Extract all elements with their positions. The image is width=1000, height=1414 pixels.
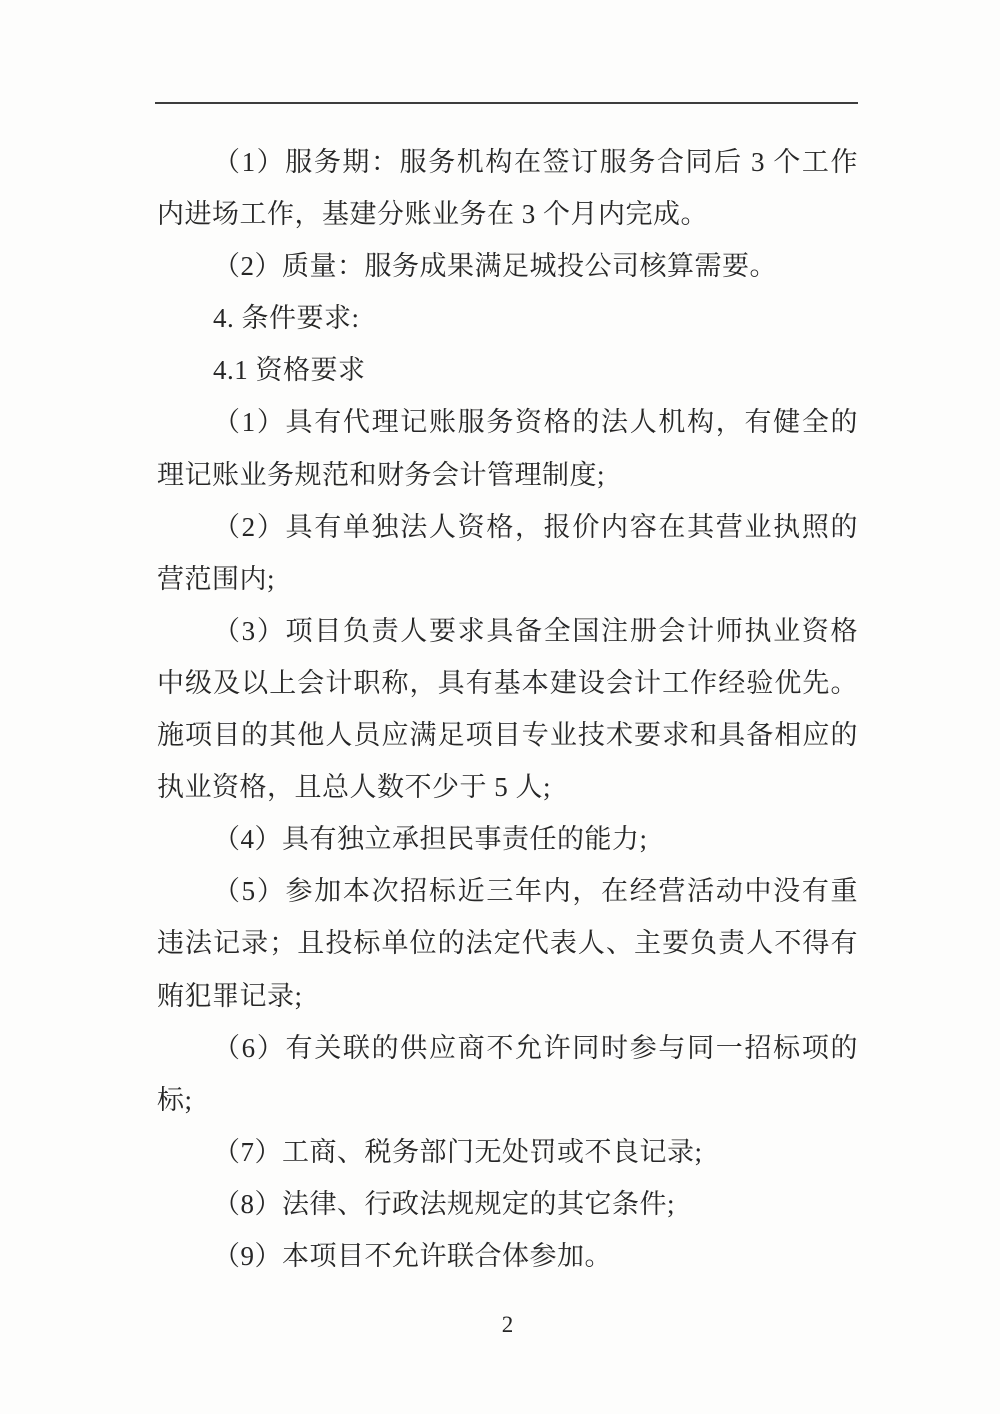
text-line: 执业资格，且总人数不少于 5 人; — [157, 761, 858, 813]
text-line: （9）本项目不允许联合体参加。 — [157, 1230, 858, 1282]
document-body: （1）服务期：服务机构在签订服务合同后 3 个工作日内进场工作，基建分账业务在 … — [157, 136, 858, 1282]
text-line: 施项目的其他人员应满足项目专业技术要求和具备相应的 — [157, 709, 858, 761]
text-line: 中级及以上会计职称，具有基本建设会计工作经验优先。实 — [157, 657, 858, 709]
text-line: 贿犯罪记录; — [157, 970, 858, 1022]
text-line: 理记账业务规范和财务会计管理制度; — [157, 449, 858, 501]
text-line: （6）有关联的供应商不允许同时参与同一招标项的投 — [157, 1022, 858, 1074]
text-line: （2）具有单独法人资格，报价内容在其营业执照的经 — [157, 501, 858, 553]
text-line: （8）法律、行政法规规定的其它条件; — [157, 1178, 858, 1230]
text-line: （1）服务期：服务机构在签订服务合同后 3 个工作日 — [157, 136, 858, 188]
header-rule — [155, 102, 858, 104]
page-number: 2 — [157, 1310, 858, 1340]
text-line: （7）工商、税务部门无处罚或不良记录; — [157, 1126, 858, 1178]
text-line: 标; — [157, 1074, 858, 1126]
text-line: 营范围内; — [157, 553, 858, 605]
text-line: 4. 条件要求: — [157, 292, 858, 344]
text-line: （4）具有独立承担民事责任的能力; — [157, 813, 858, 865]
document-page: （1）服务期：服务机构在签订服务合同后 3 个工作日内进场工作，基建分账业务在 … — [0, 0, 1000, 1414]
text-line: 4.1 资格要求 — [157, 344, 858, 396]
text-line: （3）项目负责人要求具备全国注册会计师执业资格或 — [157, 605, 858, 657]
text-line: 内进场工作，基建分账业务在 3 个月内完成。 — [157, 188, 858, 240]
text-line: （5）参加本次招标近三年内，在经营活动中没有重大 — [157, 865, 858, 917]
text-line: （2）质量：服务成果满足城投公司核算需要。 — [157, 240, 858, 292]
text-line: 违法记录；且投标单位的法定代表人、主要负责人不得有行 — [157, 917, 858, 969]
text-line: （1）具有代理记账服务资格的法人机构，有健全的代 — [157, 396, 858, 448]
